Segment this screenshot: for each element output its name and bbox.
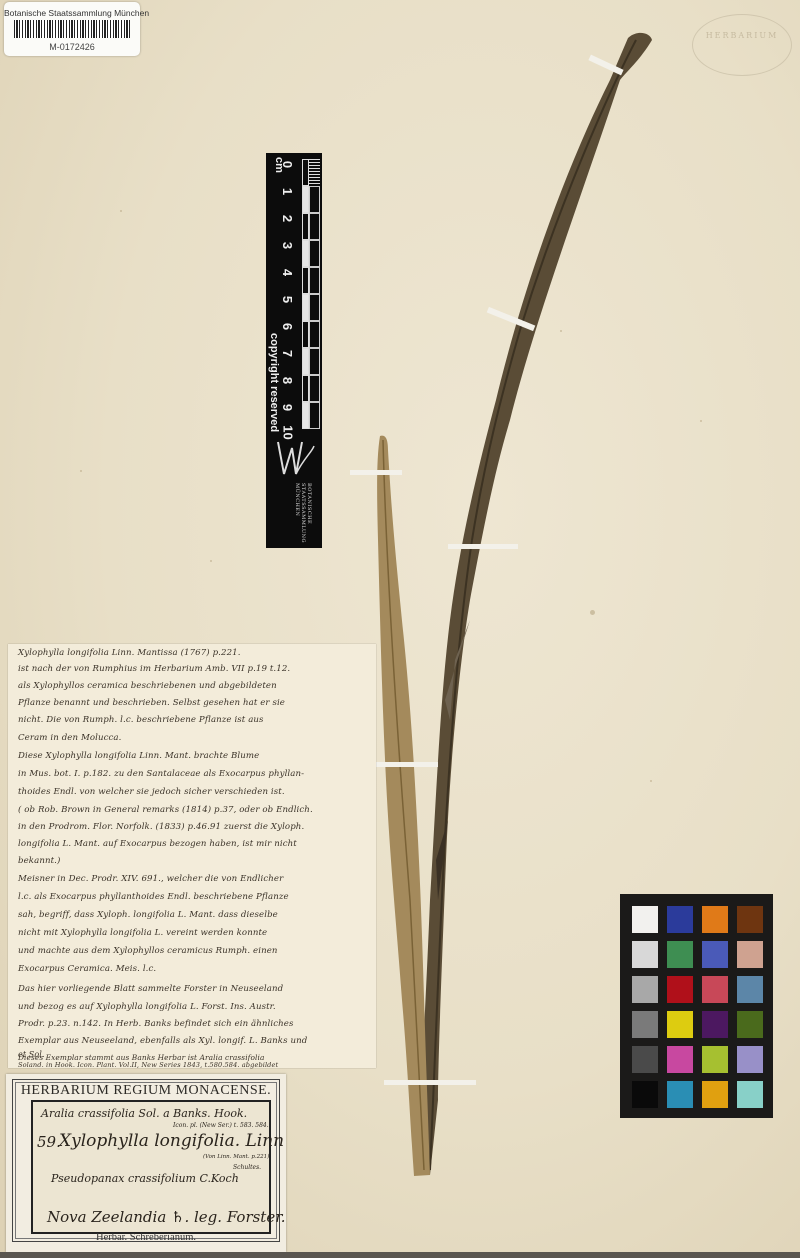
note-line: bekannt.)	[18, 856, 60, 866]
color-patch	[667, 976, 693, 1003]
color-patch	[702, 906, 728, 933]
color-patch	[632, 906, 658, 933]
color-patch	[702, 976, 728, 1003]
label-line: (Von Linn. Mant. p.221)	[203, 1154, 269, 1160]
color-patch	[737, 941, 763, 968]
note-line: nicht mit Xylophylla longifolia L. verei…	[18, 928, 267, 938]
note-line: Diese Xylophylla longifolia Linn. Mant. …	[18, 751, 259, 761]
color-patch	[737, 1046, 763, 1073]
color-patch	[702, 941, 728, 968]
note-line: Ceram in den Molucca.	[18, 733, 121, 743]
color-patch	[737, 1081, 763, 1108]
note-line: als Xylophyllos ceramica beschriebenen u…	[18, 681, 277, 691]
note-line: und machte aus dem Xylophyllos ceramicus…	[18, 946, 278, 956]
note-line: in Mus. bot. I. p.182. zu den Santalacea…	[18, 769, 304, 779]
label-number: 59.	[37, 1133, 61, 1151]
color-patch	[702, 1081, 728, 1108]
color-patch	[632, 976, 658, 1003]
note-line: l.c. als Exocarpus phyllanthoides Endl. …	[18, 892, 289, 902]
label-line: Icon. pl. (New Ser.) t. 583. 584.	[173, 1122, 269, 1129]
color-patch	[737, 906, 763, 933]
note-line: und bezog es auf Xylophylla longifolia L…	[18, 1002, 276, 1012]
color-patch	[632, 1046, 658, 1073]
note-line: Das hier vorliegende Blatt sammelte Fors…	[18, 984, 283, 994]
handwritten-note: Xylophylla longifolia Linn. Mantissa (17…	[8, 644, 376, 1068]
color-patch	[632, 1081, 658, 1108]
note-line: Xylophylla longifolia Linn. Mantissa (17…	[18, 648, 241, 658]
note-line: Exemplar aus Neuseeland, ebenfalls als X…	[18, 1036, 307, 1046]
herbarium-sheet: Botanische Staatssammlung München M-0172…	[0, 0, 800, 1258]
color-patch	[667, 1081, 693, 1108]
color-patch	[667, 1046, 693, 1073]
note-line: Soland. in Hook. Icon. Plant. Vol.II, Ne…	[18, 1061, 278, 1069]
note-line: thoides Endl. von welcher sie jedoch sic…	[18, 787, 285, 797]
label-line: Aralia crassifolia Sol. a Banks. Hook.	[41, 1107, 247, 1120]
note-line: in den Prodrom. Flor. Norfolk. (1833) p.…	[18, 822, 304, 832]
color-patch	[702, 1046, 728, 1073]
note-line: Exocarpus Ceramica. Meis. l.c.	[18, 964, 156, 974]
color-patch	[632, 1011, 658, 1038]
label-footer: Herbar. Schreberianum.	[6, 1232, 286, 1243]
color-patch	[667, 1011, 693, 1038]
note-line: Meisner in Dec. Prodr. XIV. 691., welche…	[18, 874, 283, 884]
color-patch	[632, 941, 658, 968]
note-line: Prodr. p.23. n.142. In Herb. Banks befin…	[18, 1019, 294, 1029]
label-taxon-name: Xylophylla longifolia. Linn	[59, 1131, 284, 1151]
note-line: nicht. Die von Rumph. l.c. beschriebene …	[18, 715, 264, 725]
color-patch	[667, 941, 693, 968]
note-line: Pflanze benannt und beschrieben. Selbst …	[18, 698, 285, 708]
note-line: ( ob Rob. Brown in General remarks (1814…	[18, 805, 313, 815]
label-line: Schultes.	[233, 1164, 261, 1171]
label-locality: Nova Zeelandia ♄. leg. Forster.	[47, 1208, 286, 1226]
herbarium-label: HERBARIUM REGIUM MONACENSE. Aralia crass…	[6, 1074, 286, 1252]
color-patch	[737, 976, 763, 1003]
color-patch	[667, 906, 693, 933]
note-line: sah, begriff, dass Xyloph. longifolia L.…	[18, 910, 278, 920]
note-line: ist nach der von Rumphius im Herbarium A…	[18, 664, 290, 674]
label-title: HERBARIUM REGIUM MONACENSE.	[6, 1083, 286, 1099]
color-patch	[702, 1011, 728, 1038]
color-calibration-chart	[620, 894, 773, 1118]
label-synonym: Pseudopanax crassifolium C.Koch	[51, 1172, 239, 1185]
note-line: longifolia L. Mant. auf Exocarpus bezoge…	[18, 839, 297, 849]
label-inner-frame: Aralia crassifolia Sol. a Banks. Hook. I…	[31, 1100, 271, 1234]
color-patch	[737, 1011, 763, 1038]
